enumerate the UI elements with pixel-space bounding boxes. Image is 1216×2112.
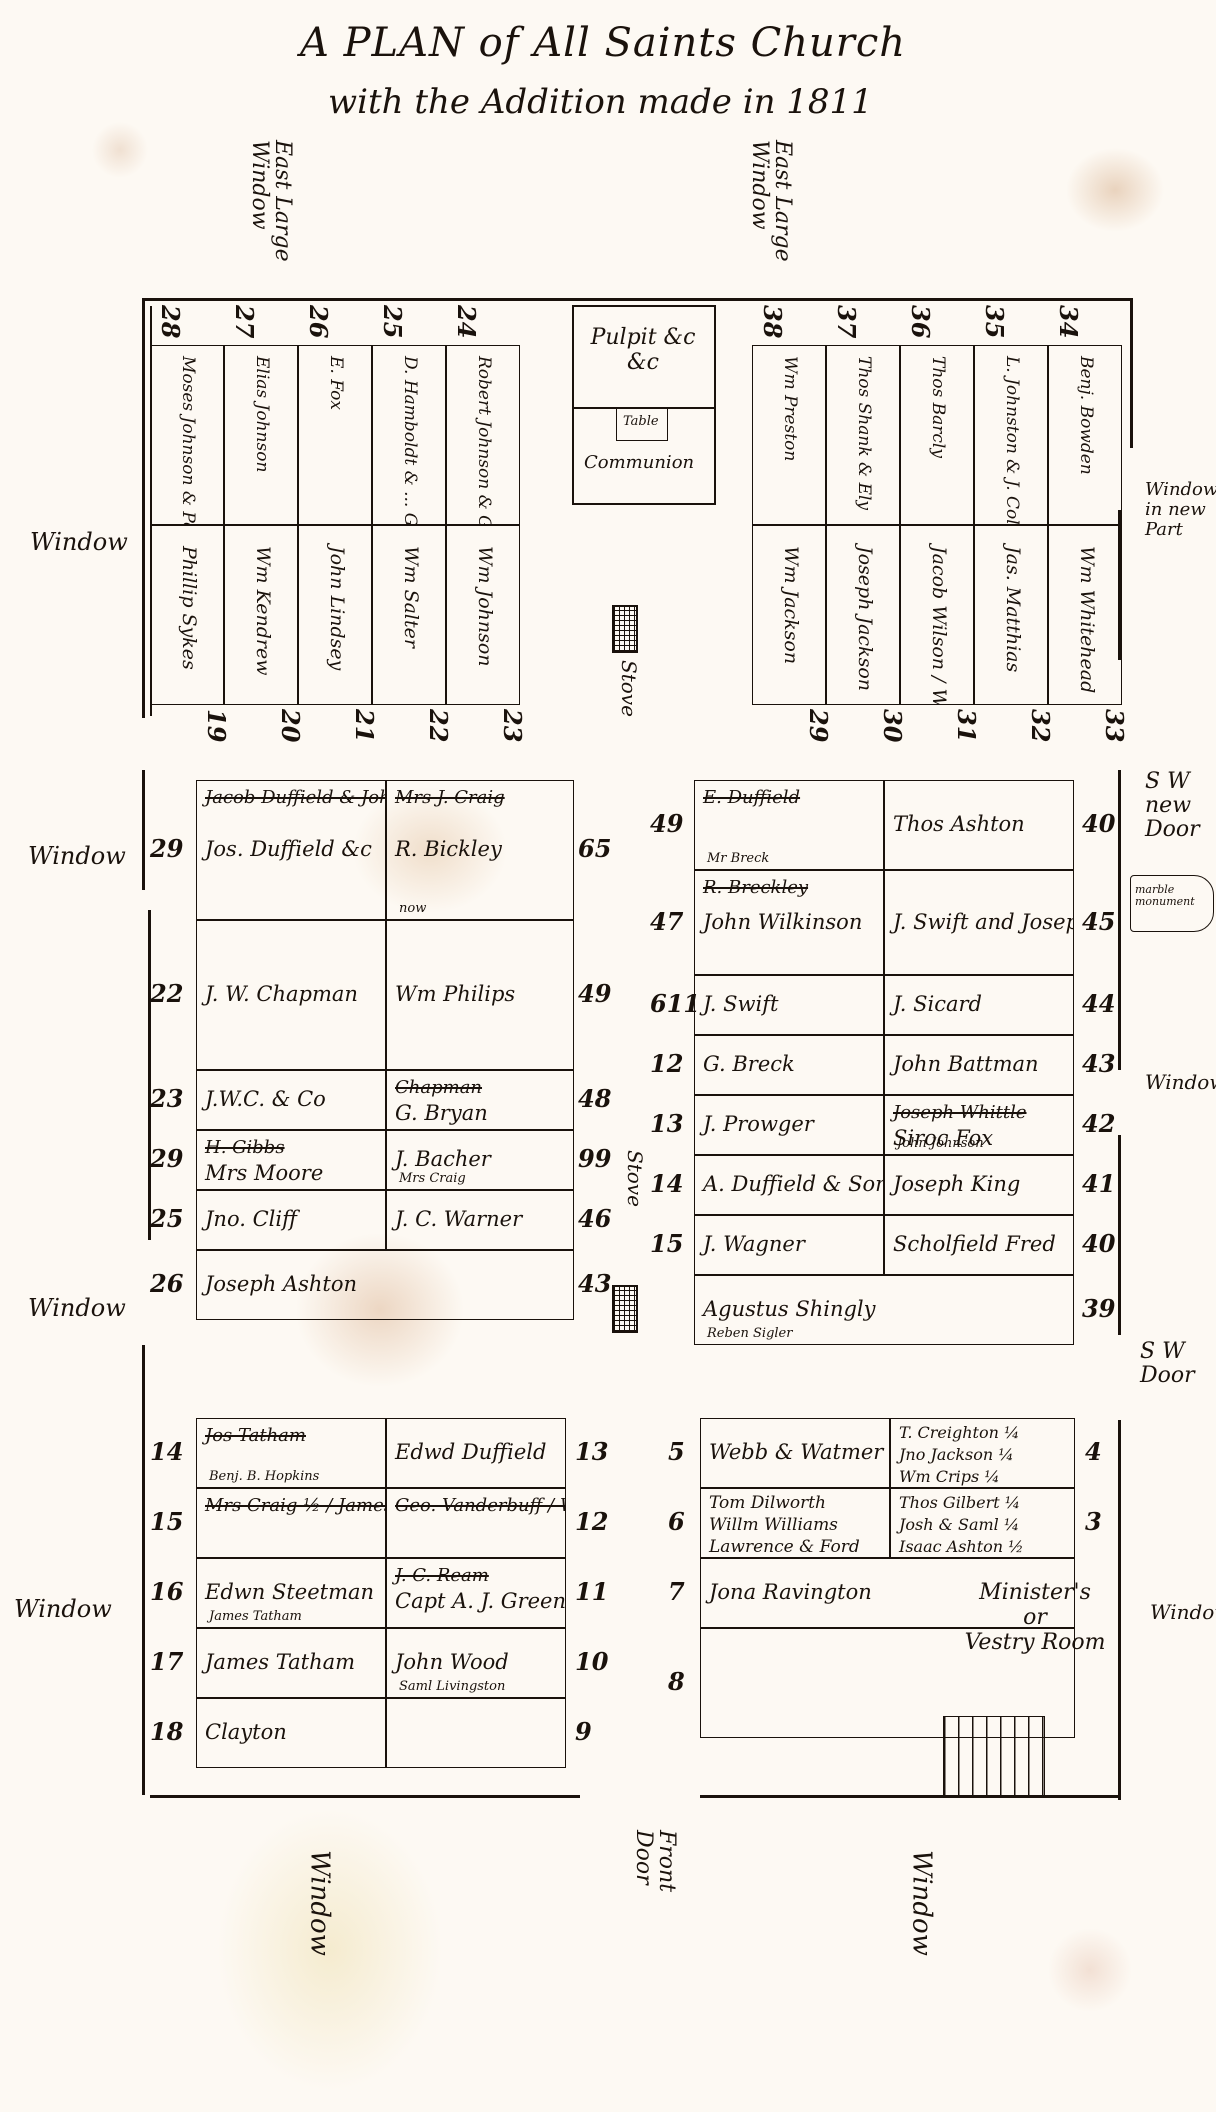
window-label-w-bottom: Window <box>14 1595 112 1623</box>
pew-number: 15 <box>650 1229 683 1258</box>
se-door-label: S W Door <box>1140 1340 1210 1388</box>
pew-number: 48 <box>578 1084 611 1113</box>
pew-number: 9 <box>575 1717 592 1746</box>
pew-number: 49 <box>650 809 683 838</box>
pew-number: 6 <box>668 1507 685 1536</box>
pew-number: 41 <box>1082 1169 1115 1198</box>
pew[interactable]: G. Breck <box>694 1035 884 1095</box>
pew-number: 13 <box>650 1109 683 1138</box>
plan-subtitle: with the Addition made in 1811 <box>328 82 873 122</box>
pew[interactable]: Edwd Duffield <box>386 1418 566 1488</box>
pew[interactable]: John Battman <box>884 1035 1074 1095</box>
pew-holder: Mrs Moore <box>205 1161 323 1185</box>
plan-title: A PLAN of All Saints Church <box>300 20 906 66</box>
pew-number: 15 <box>150 1507 183 1536</box>
struck-holder: Joseph Whittle <box>893 1102 1027 1123</box>
pulpit-enclosure: Pulpit &c &c Table Communion <box>572 305 716 505</box>
pew[interactable]: Tom DilworthWillm WilliamsLawrence & For… <box>700 1488 890 1558</box>
pew-number: 11 <box>575 1577 608 1606</box>
west-wall-lower <box>142 1345 145 1795</box>
pew-holder: Benj. Bowden <box>1076 356 1096 475</box>
pew-holder: Clayton <box>205 1720 287 1744</box>
pew-note: Saml Livingston <box>399 1679 505 1694</box>
stove-lower-icon <box>612 1285 638 1333</box>
pew-number: 25 <box>378 305 407 338</box>
pew-holder: John Wood <box>395 1650 509 1674</box>
pew-holder: Wm Philips <box>395 982 515 1006</box>
pew[interactable]: T. Creighton ¼Jno Jackson ¼Wm Crips ¼ <box>890 1418 1075 1488</box>
pew[interactable]: Edwn SteetmanJames Tatham <box>196 1558 386 1628</box>
pew[interactable]: Wm Johnson <box>446 525 520 705</box>
pew[interactable]: Wm Salter <box>372 525 446 705</box>
window-label-south-left: Window <box>305 1850 332 1956</box>
pew-number: 12 <box>575 1507 608 1536</box>
pew-number: 14 <box>650 1169 683 1198</box>
pew-holder: J. Swift <box>703 992 778 1016</box>
pew[interactable]: Jno. Cliff <box>196 1190 386 1250</box>
pew-holder: Josh & Saml ¼ <box>899 1515 1019 1534</box>
pew-note: James Tatham <box>209 1609 302 1624</box>
pew-number: 8 <box>668 1667 685 1696</box>
pew-number: 30 <box>878 709 907 742</box>
stove-lower-label: Stove <box>624 1150 645 1207</box>
pew-holder: J. W. Chapman <box>205 982 358 1006</box>
pew-holder: L. Johnston & J. Cole <box>1002 356 1022 525</box>
pew-number: 23 <box>498 709 527 742</box>
window-label-e-bottom: Window <box>1150 1600 1216 1624</box>
pew-holder: Elias Johnson <box>252 356 272 472</box>
pew[interactable]: Benj. Bowden <box>1048 345 1122 525</box>
pew-holder: James Tatham <box>205 1650 355 1674</box>
pew-holder: Edwd Duffield <box>395 1440 546 1464</box>
pew-number: 18 <box>150 1717 183 1746</box>
pew[interactable]: J. C. Warner <box>386 1190 574 1250</box>
pew-number: 42 <box>1082 1109 1115 1138</box>
front-door-label: Front Door <box>618 1830 678 1950</box>
pew-number: 40 <box>1082 1229 1115 1258</box>
communion-table: Table <box>616 407 668 441</box>
window-label-w-low: Window <box>28 1294 126 1322</box>
vestry-line2: or <box>960 1605 1110 1630</box>
east-wall-top <box>1130 298 1133 448</box>
struck-holder: Jacob Duffield & John Wilkinson <box>205 787 386 808</box>
pew-holder: Thos Ashton <box>893 812 1025 836</box>
pew-holder: John Lindsey <box>326 546 348 670</box>
marble-monument: marble monument <box>1130 875 1214 932</box>
pew[interactable]: J. Swift <box>694 975 884 1035</box>
pew[interactable]: Robert Johnson & Geo. Thompson <box>446 345 520 525</box>
west-wall-upper <box>142 298 145 718</box>
pew-holder: Isaac Ashton ½ <box>899 1537 1024 1556</box>
pew-number: 24 <box>452 305 481 338</box>
pew-number: 36 <box>906 305 935 338</box>
pew-number: 10 <box>575 1647 608 1676</box>
pew-holder: Thos Barcly <box>928 356 948 458</box>
pew-holder: R. Bickley <box>395 837 502 861</box>
pew[interactable]: John Lindsey <box>298 525 372 705</box>
pew[interactable]: J. W. Chapman <box>196 920 386 1070</box>
pew-holder: John Wilkinson <box>703 910 862 934</box>
pew-number: 12 <box>650 1049 683 1078</box>
pew[interactable]: Elias Johnson <box>224 345 298 525</box>
pew[interactable]: Jacob Wilson / Wm Hutchinson <box>900 525 974 705</box>
sw-new-door-label: S W new Door <box>1145 770 1215 843</box>
pew-number: 26 <box>150 1269 183 1298</box>
pew[interactable]: A. Duffield & Son <box>694 1155 884 1215</box>
pew[interactable]: Phillip Sykes <box>150 525 224 705</box>
window-label-nw: Window <box>30 528 128 556</box>
pew[interactable]: J. C. ReamCapt A. J. Green <box>386 1558 566 1628</box>
pew[interactable]: Joseph Jackson <box>826 525 900 705</box>
pew-number: 29 <box>150 1144 183 1173</box>
pew-holder: Wm Whitehead <box>1076 546 1098 693</box>
pew-note: Benj. B. Hopkins <box>209 1469 319 1484</box>
pew-note: Mrs Craig <box>399 1171 466 1186</box>
east-wall-lower <box>1118 1135 1121 1335</box>
struck-holder: Mrs Craig ½ / James Tatham <box>205 1495 386 1516</box>
south-wall-right <box>700 1795 1120 1798</box>
pew-holder: Wm Crips ¼ <box>899 1467 1000 1486</box>
pew[interactable]: J. Swift and Joseph Waterman <box>884 870 1074 975</box>
pew[interactable]: H. GibbsMrs Moore <box>196 1130 386 1190</box>
pew[interactable]: J. Sicard <box>884 975 1074 1035</box>
pew-holder: Joseph Ashton <box>205 1272 357 1296</box>
pew-number: 46 <box>578 1204 611 1233</box>
struck-holder: Chapman <box>395 1077 482 1098</box>
window-label-e-mid: Window <box>1145 1070 1216 1094</box>
pew[interactable]: Joseph King <box>884 1155 1074 1215</box>
window-label-new-part: Window in new Part <box>1145 480 1215 539</box>
stairs-icon <box>943 1716 1045 1798</box>
pew[interactable]: Joseph Ashton <box>196 1250 574 1320</box>
pew-number: 29 <box>150 834 183 863</box>
pew-holder: T. Creighton ¼ <box>899 1423 1019 1442</box>
pew-number: 45 <box>1082 907 1115 936</box>
pew-number: 29 <box>804 709 833 742</box>
pew[interactable]: Mrs Craig ½ / James Tatham <box>196 1488 386 1558</box>
pew-holder: Wm Kendrew <box>252 546 274 676</box>
pulpit-label: Pulpit &c &c <box>588 325 698 375</box>
pew-number: 35 <box>980 305 1009 338</box>
pew-holder: J. Sicard <box>893 992 982 1016</box>
pew-number: 21 <box>350 709 379 742</box>
pew-holder: Jas. Matthias <box>1002 546 1024 672</box>
pew[interactable]: James Tatham <box>196 1628 386 1698</box>
pew-holder: Phillip Sykes <box>178 546 200 670</box>
pew-number: 5 <box>668 1437 685 1466</box>
struck-holder: Mrs J. Craig <box>395 787 505 808</box>
struck-holder: Geo. Vanderbuff / Wm Tompkins <box>395 1495 566 1516</box>
pew-note: now <box>399 901 426 916</box>
pew-holder: Joseph Jackson <box>854 546 876 691</box>
pew-number: 23 <box>150 1084 183 1113</box>
east-wall-bottom <box>1118 1420 1121 1800</box>
north-wall <box>142 298 1132 301</box>
pew-number: 33 <box>1100 709 1129 742</box>
pew-holder: Agustus Shingly <box>703 1297 876 1321</box>
pew-number: 65 <box>578 834 611 863</box>
pew[interactable]: Wm Kendrew <box>224 525 298 705</box>
pew[interactable]: Scholfield Fred <box>884 1215 1074 1275</box>
pew-number: 28 <box>156 305 185 338</box>
struck-holder: J. C. Ream <box>395 1565 489 1586</box>
pew[interactable]: Agustus ShinglyReben Sigler <box>694 1275 1074 1345</box>
vestry-room: Minister's or Vestry Room <box>960 1580 1110 1655</box>
pew-number: 34 <box>1054 305 1083 338</box>
east-wall-mid <box>1118 770 1121 1070</box>
pew-number: 4 <box>1085 1437 1102 1466</box>
struck-holder: E. Duffield <box>703 787 800 808</box>
pew-holder: Wm Preston <box>780 356 800 461</box>
vestry-line1: Minister's <box>960 1580 1110 1605</box>
pew-number: 25 <box>150 1204 183 1233</box>
pew[interactable]: E. Fox <box>298 345 372 525</box>
pew[interactable]: Wm Philips <box>386 920 574 1070</box>
pew-holder: E. Fox <box>326 356 346 410</box>
pew[interactable]: Wm Preston <box>752 345 826 525</box>
pew-holder: Jona Ravington <box>709 1580 872 1604</box>
pew-number: 43 <box>1082 1049 1115 1078</box>
pew[interactable]: Moses Johnson & Peter ... <box>150 345 224 525</box>
pew[interactable]: John WoodSaml Livingston <box>386 1628 566 1698</box>
pew[interactable]: E. DuffieldMr Breck <box>694 780 884 870</box>
pew-holder: Moses Johnson & Peter ... <box>178 356 198 525</box>
pew-holder: Wm Jackson <box>780 546 802 664</box>
communion-label: Communion <box>584 452 694 473</box>
pew-holder: A. Duffield & Son <box>703 1172 884 1196</box>
pew-note: Reben Sigler <box>707 1326 792 1341</box>
pew-number: 49 <box>578 979 611 1008</box>
pew[interactable]: Thos Gilbert ¼Josh & Saml ¼Isaac Ashton … <box>890 1488 1075 1558</box>
stove-upper-icon <box>612 605 638 653</box>
pew-number: 32 <box>1026 709 1055 742</box>
pew-number: 22 <box>150 979 183 1008</box>
pew-holder: J. Swift and Joseph Waterman <box>893 910 1074 934</box>
south-wall-left <box>150 1795 580 1798</box>
window-label-south-right: Window <box>907 1850 934 1956</box>
pew-holder: Joseph King <box>893 1172 1020 1196</box>
pew-holder: Webb & Watmer <box>709 1440 883 1464</box>
pew-holder: Jno Jackson ¼ <box>899 1445 1014 1464</box>
pew-number: 17 <box>150 1647 183 1676</box>
pew-holder: D. Hamboldt & ... Graham / Jacob Wilson <box>400 356 420 525</box>
stove-upper-label: Stove <box>618 660 639 717</box>
pew[interactable]: Jas. Matthias <box>974 525 1048 705</box>
pew-number: 99 <box>578 1144 611 1173</box>
pew[interactable]: D. Hamboldt & ... Graham / Jacob Wilson <box>372 345 446 525</box>
pew-number: 13 <box>575 1437 608 1466</box>
pew-number: 39 <box>1082 1294 1115 1323</box>
pew-holder: Willm Williams <box>709 1515 838 1535</box>
struck-holder: R. Breckley <box>703 877 808 898</box>
pew[interactable]: Thos Ashton <box>884 780 1074 870</box>
pew-number: 26 <box>304 305 333 338</box>
pew-holder: Wm Salter <box>400 546 422 648</box>
pew-holder: J. Wagner <box>703 1232 805 1256</box>
pew-number: 27 <box>230 305 259 338</box>
pew[interactable]: Wm Jackson <box>752 525 826 705</box>
pew-holder: J. Bacher <box>395 1147 491 1171</box>
pew[interactable]: Mrs J. CraigR. Bickleynow <box>386 780 574 920</box>
pew[interactable]: L. Johnston & J. Cole <box>974 345 1048 525</box>
pew[interactable]: Jacob Duffield & John WilkinsonJos. Duff… <box>196 780 386 920</box>
vestry-line3: Vestry Room <box>960 1630 1110 1655</box>
pew[interactable]: Thos Barcly <box>900 345 974 525</box>
pew[interactable]: J. BacherMrs Craig <box>386 1130 574 1190</box>
pew-holder: Thos Gilbert ¼ <box>899 1493 1020 1512</box>
pew-number: 20 <box>276 709 305 742</box>
west-wall-mid <box>142 770 145 890</box>
window-label-w-mid: Window <box>28 842 126 870</box>
pew-holder: Thos Shank & Ely <box>854 356 874 510</box>
pew-note: Mr Breck <box>707 851 769 866</box>
struck-holder: Jos Tatham <box>205 1425 306 1446</box>
pew-number: 14 <box>150 1437 183 1466</box>
pew[interactable]: J.W.C. & Co <box>196 1070 386 1130</box>
pew-number: 37 <box>832 305 861 338</box>
pew-number: 31 <box>952 709 981 742</box>
pew-holder: G. Bryan <box>395 1101 488 1125</box>
pew-holder: Tom Dilworth <box>709 1493 826 1513</box>
pew-number: 43 <box>578 1269 611 1298</box>
pew-holder: G. Breck <box>703 1052 795 1076</box>
table-label: Table <box>623 414 659 429</box>
pew-number: 16 <box>150 1577 183 1606</box>
pew-holder: John Battman <box>893 1052 1039 1076</box>
pew[interactable]: Wm Whitehead <box>1048 525 1122 705</box>
pew-number: 7 <box>668 1577 685 1606</box>
pew-number: 44 <box>1082 989 1115 1018</box>
pew-holder: J. C. Warner <box>395 1207 522 1231</box>
pew-holder: J.W.C. & Co <box>205 1087 326 1111</box>
pew-number: 3 <box>1085 1507 1102 1536</box>
pew-number: 611 <box>650 989 700 1018</box>
pew-holder: Scholfield Fred <box>893 1232 1056 1256</box>
pew-holder: Robert Johnson & Geo. Thompson <box>474 356 494 525</box>
pew[interactable]: Webb & Watmer <box>700 1418 890 1488</box>
pew-holder: Lawrence & Ford <box>709 1537 860 1557</box>
pew[interactable]: Jos TathamBenj. B. Hopkins <box>196 1418 386 1488</box>
west-wall-mid2 <box>148 910 151 1240</box>
pew-note: John Johnson <box>897 1136 984 1151</box>
pew-holder: Edwn Steetman <box>205 1580 374 1604</box>
pew[interactable]: ChapmanG. Bryan <box>386 1070 574 1130</box>
pew-holder: Wm Johnson <box>474 546 496 667</box>
pew[interactable]: R. BreckleyJohn Wilkinson <box>694 870 884 975</box>
pew[interactable]: Thos Shank & Ely <box>826 345 900 525</box>
pew[interactable] <box>386 1698 566 1768</box>
pew-number: 22 <box>424 709 453 742</box>
pew-number: 47 <box>650 907 683 936</box>
pew-number: 40 <box>1082 809 1115 838</box>
pew-number: 19 <box>202 709 231 742</box>
pew-holder: Jos. Duffield &c <box>205 837 372 861</box>
pew-holder: J. Prowger <box>703 1112 814 1136</box>
pew-number: 38 <box>758 305 787 338</box>
pew[interactable]: J. Wagner <box>694 1215 884 1275</box>
pew-holder: Jacob Wilson / Wm Hutchinson <box>928 546 950 705</box>
pew-holder: Capt A. J. Green <box>395 1589 566 1613</box>
struck-holder: H. Gibbs <box>205 1137 285 1158</box>
pew[interactable]: Clayton <box>196 1698 386 1768</box>
pew[interactable]: J. Prowger <box>694 1095 884 1155</box>
pew[interactable]: Joseph WhittleSiroc FoxJohn Johnson <box>884 1095 1074 1155</box>
east-window-label-left: East Large Window <box>248 140 294 290</box>
pew-holder: Jno. Cliff <box>205 1207 297 1231</box>
pew[interactable]: Geo. Vanderbuff / Wm Tompkins <box>386 1488 566 1558</box>
east-window-label-right: East Large Window <box>748 140 794 290</box>
